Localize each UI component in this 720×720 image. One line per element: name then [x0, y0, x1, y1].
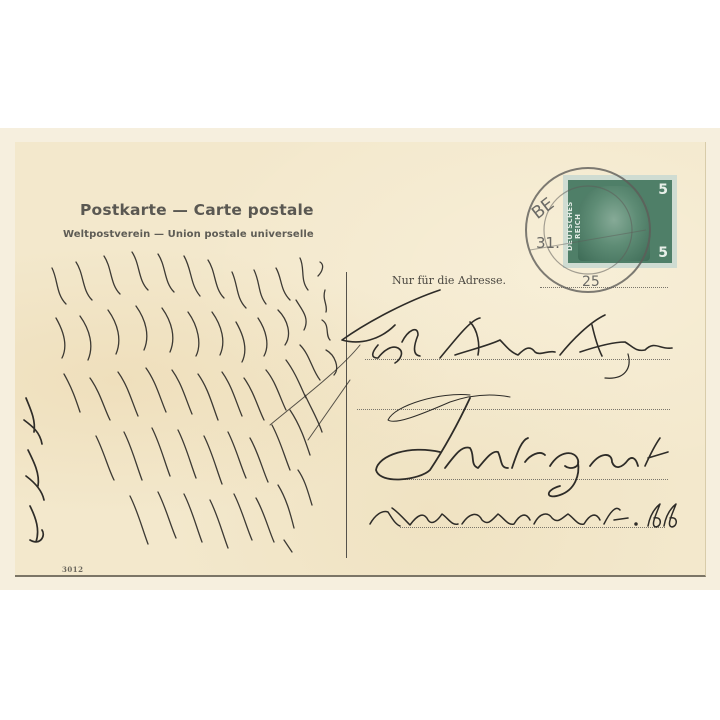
- postcard-title: Postkarte — Carte postale: [80, 201, 314, 219]
- address-label: Nur für die Adresse.: [392, 274, 506, 287]
- address-line-3: [400, 479, 668, 480]
- address-line-1: [365, 359, 670, 360]
- divider-line: [346, 272, 347, 558]
- postage-stamp: DEUTSCHES REICH 5 5: [563, 175, 677, 268]
- germania-icon: [578, 186, 650, 261]
- address-line-2: [357, 409, 670, 410]
- stamp-country: DEUTSCHES REICH: [566, 188, 577, 264]
- postcard-subtitle: Weltpostverein — Union postale universel…: [63, 229, 314, 240]
- stamp-value-bottom: 5: [658, 245, 668, 261]
- stamp-value-top: 5: [658, 182, 668, 198]
- stamp-box-line: [540, 287, 668, 288]
- print-number: 3012: [62, 565, 83, 574]
- stamp-frame: DEUTSCHES REICH 5 5: [568, 180, 672, 263]
- address-line-4: [400, 527, 665, 528]
